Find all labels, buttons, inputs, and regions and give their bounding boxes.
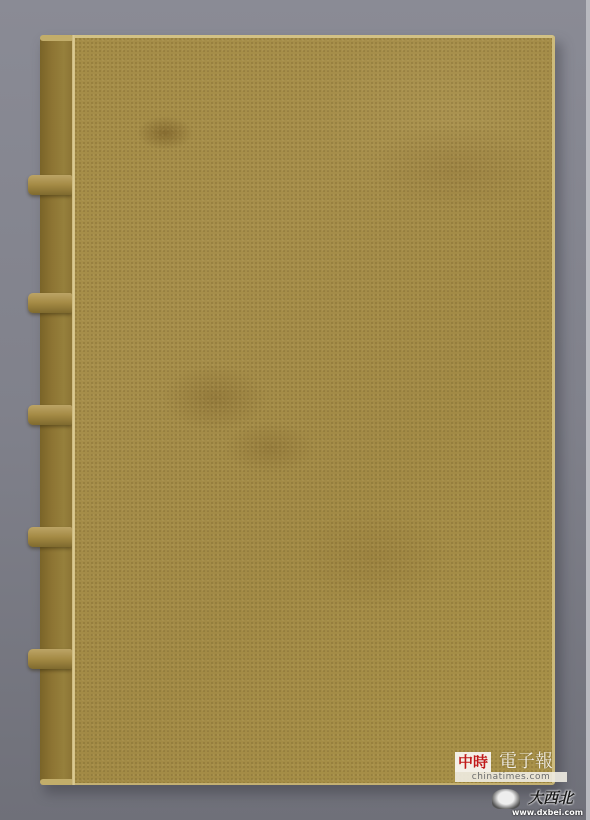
dxbei-url: www.dxbei.com <box>512 808 583 817</box>
spine-raised-band <box>28 293 72 313</box>
leather-grain-texture <box>75 38 552 783</box>
spine-raised-band <box>28 175 72 195</box>
spine-tailcap <box>40 779 74 785</box>
dxbei-title: 大西北 <box>528 787 573 808</box>
book <box>40 35 555 785</box>
spine-headcap <box>40 35 74 41</box>
chinatimes-watermark: 中時 電子報 chinatimes.com <box>455 752 567 782</box>
chinatimes-url: chinatimes.com <box>455 772 567 782</box>
spine-raised-band <box>28 405 72 425</box>
dxbei-watermark: 大西北 www.dxbei.com <box>490 787 590 820</box>
spine-raised-band <box>28 527 72 547</box>
chinatimes-title: 電子報 <box>499 751 553 773</box>
book-spine <box>40 35 74 785</box>
chinatimes-logo: 中時 <box>455 752 491 772</box>
book-front-cover <box>75 35 555 785</box>
spine-raised-band <box>28 649 72 669</box>
elephant-logo-icon <box>492 789 520 809</box>
photo-frame-edge <box>586 0 590 820</box>
